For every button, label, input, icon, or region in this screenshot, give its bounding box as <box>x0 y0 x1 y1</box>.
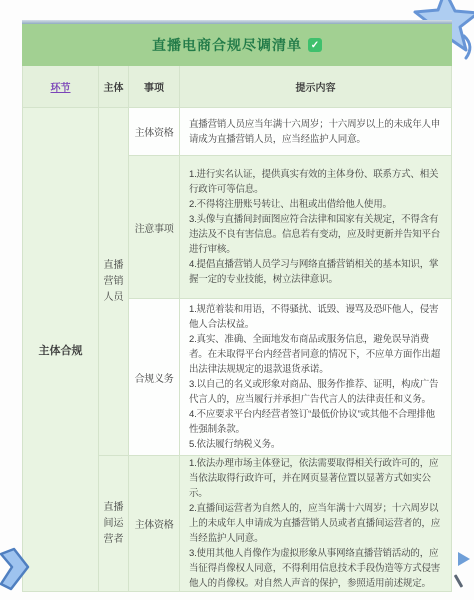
tip-text: 1.进行实名认证，提供真实有效的主体身份、联系方式、相关行政许可等信息。 <box>189 167 442 197</box>
tip-text: 直播营销人员应当年满十六周岁；十六周岁以上的未成年人申请成为直播营销人员，应当经… <box>189 117 442 147</box>
column-header-subject: 主体 <box>99 66 128 107</box>
tip-text: 3.以自己的名义或形象对商品、服务作推荐、证明，构成广告代言人的，应当履行并承担… <box>189 377 442 407</box>
column-header-tips: 提示内容 <box>180 66 451 107</box>
tip-text: 3.使用其他人肖像作为虚拟形象从事网络直播营销活动的，应当征得肖像权人同意，不得… <box>189 546 442 591</box>
item-cell-subject-qualification-2: 主体资格 <box>129 456 179 591</box>
tip-text: 1.依法办理市场主体登记，依法需要取得相关行政许可的，应当依法取得行政许可，并在… <box>189 456 442 501</box>
item-cell-notes: 注意事项 <box>129 156 179 298</box>
compliance-checklist-table: 直播电商合规尽调清单 ✓ 环节 主体 事项 提示内容 主体合规 直播营销人员 主… <box>22 20 452 592</box>
tip-text: 5.依法履行纳税义务。 <box>189 437 442 452</box>
subject-cell-studio-operator: 直播间运营者 <box>99 456 128 591</box>
tip-text: 2.不得将注册账号转让、出租或出借给他人使用。 <box>189 197 442 212</box>
chevron-arrow-icon <box>0 546 30 592</box>
tips-cell-row2: 1.进行实名认证，提供真实有效的主体身份、联系方式、相关行政许可等信息。 2.不… <box>180 156 451 298</box>
triangle-arrow-icon <box>457 551 471 567</box>
item-cell-subject-qualification-1: 主体资格 <box>129 108 179 155</box>
column-header-item: 事项 <box>129 66 179 107</box>
checklist-grid: 环节 主体 事项 提示内容 主体合规 直播营销人员 主体资格 直播营销人员应当年… <box>22 66 452 592</box>
tick-mark-icon <box>454 574 464 588</box>
page-background: { "page": { "title": "直播电商合规尽调清单", "chec… <box>0 0 474 600</box>
tip-text: 3.头像与直播间封面图应符合法律和国家有关规定，不得含有违法及不良有害信息。信息… <box>189 212 442 257</box>
stage-cell: 主体合规 <box>23 108 98 591</box>
tip-text: 2.真实、准确、全面地发布商品或服务信息，避免误导消费者。在未取得平台内经营者同… <box>189 332 442 377</box>
tips-cell-row3: 1.规范着装和用语，不得骚扰、诋毁、谩骂及恐吓他人，侵害他人合法权益。 2.真实… <box>180 299 451 455</box>
check-icon: ✓ <box>308 38 322 52</box>
subject-cell-marketing-staff: 直播营销人员 <box>99 108 128 455</box>
page-title: 直播电商合规尽调清单 <box>152 35 302 55</box>
tip-text: 4.不应要求平台内经营者签订“最低价协议”或其他不合理排他性强制条款。 <box>189 407 442 437</box>
column-header-stage: 环节 <box>23 66 98 107</box>
tip-text: 4.提倡直播营销人员学习与网络直播营销相关的基本知识，掌握一定的专业技能，树立法… <box>189 257 442 287</box>
tips-cell-row1: 直播营销人员应当年满十六周岁；十六周岁以上的未成年人申请成为直播营销人员，应当经… <box>180 108 451 155</box>
stage-header-link[interactable]: 环节 <box>51 79 71 94</box>
tip-text: 2.直播间运营者为自然人的，应当年满十六周岁；十六周岁以上的未成年人申请成为直播… <box>189 501 442 546</box>
tips-cell-row4: 1.依法办理市场主体登记，依法需要取得相关行政许可的，应当依法取得行政许可，并在… <box>180 456 451 591</box>
item-cell-compliance-duty: 合规义务 <box>129 299 179 455</box>
tip-text: 1.规范着装和用语，不得骚扰、诋毁、谩骂及恐吓他人，侵害他人合法权益。 <box>189 302 442 332</box>
table-title-band: 直播电商合规尽调清单 ✓ <box>22 24 452 66</box>
